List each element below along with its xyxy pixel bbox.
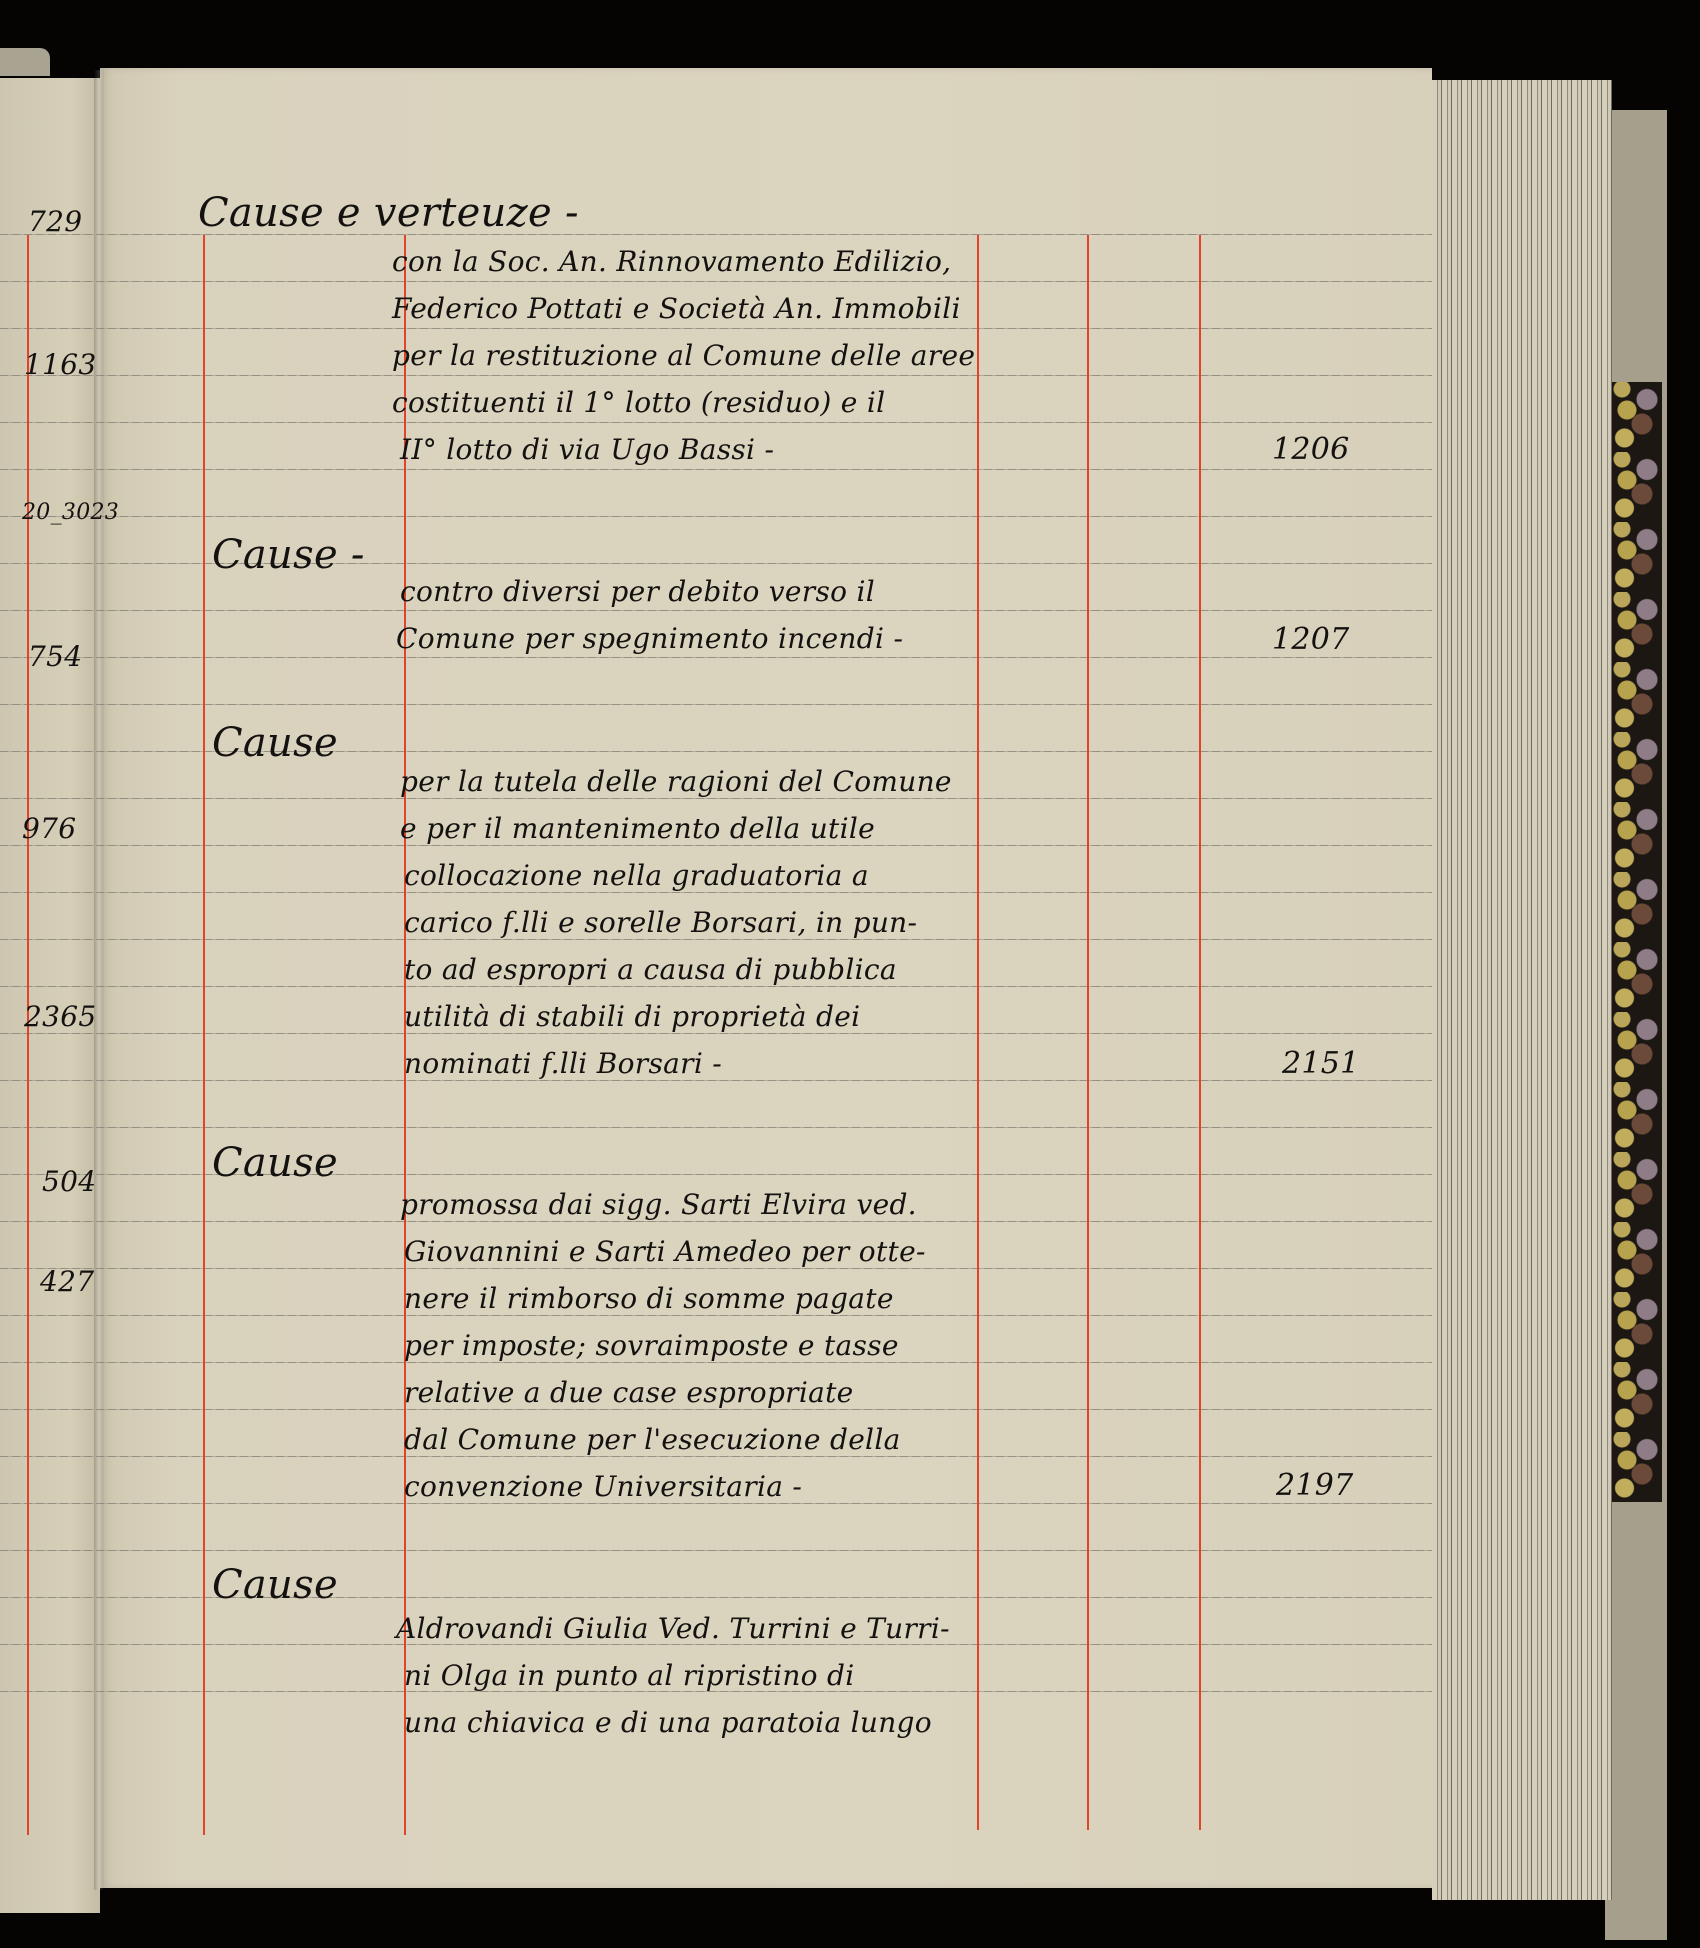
entry-line: carico f.lli e sorelle Borsari, in pun- bbox=[404, 906, 917, 939]
entry-line: II° lotto di via Ugo Bassi - bbox=[400, 433, 774, 466]
ruled-line bbox=[0, 939, 1432, 940]
ruled-line bbox=[0, 1127, 1432, 1128]
entry-heading: Cause - bbox=[212, 532, 365, 578]
ruled-line bbox=[0, 1033, 1432, 1034]
book-gutter bbox=[94, 70, 104, 1890]
ruled-line bbox=[0, 422, 1432, 423]
left-page-tab bbox=[0, 48, 50, 76]
ruled-line bbox=[0, 469, 1432, 470]
red-rule-desc-left bbox=[404, 235, 406, 1835]
ruled-line bbox=[0, 798, 1432, 799]
ruled-line bbox=[0, 1315, 1432, 1316]
red-rule-col-b bbox=[1199, 235, 1201, 1830]
entry-line: dal Comune per l'esecuzione della bbox=[404, 1423, 901, 1456]
entry-heading: Cause bbox=[212, 1562, 338, 1608]
entry-line: Aldrovandi Giulia Ved. Turrini e Turri- bbox=[396, 1612, 950, 1645]
margin-number: 754 bbox=[28, 640, 82, 673]
margin-number: 729 bbox=[28, 205, 82, 238]
ruled-line bbox=[0, 986, 1432, 987]
entry-line: utilità di stabili di proprietà dei bbox=[404, 1000, 860, 1033]
entry-line: collocazione nella graduatoria a bbox=[404, 859, 869, 892]
margin-number: 2365 bbox=[24, 1000, 96, 1033]
entry-line: costituenti il 1° lotto (residuo) e il bbox=[392, 386, 885, 419]
ruled-line bbox=[0, 1080, 1432, 1081]
margin-number: 1163 bbox=[24, 348, 96, 381]
entry-line: per la restituzione al Comune delle aree bbox=[392, 339, 975, 372]
ruled-line bbox=[0, 375, 1432, 376]
ruled-line bbox=[0, 610, 1432, 611]
entry-number: 1206 bbox=[1272, 432, 1350, 467]
ruled-line bbox=[0, 281, 1432, 282]
ruled-line bbox=[0, 845, 1432, 846]
entry-line: promossa dai sigg. Sarti Elvira ved. bbox=[400, 1188, 917, 1221]
margin-number: 427 bbox=[40, 1265, 94, 1298]
ruled-line bbox=[0, 657, 1432, 658]
entry-heading: Cause e verteuze - bbox=[198, 190, 579, 236]
ruled-line bbox=[0, 892, 1432, 893]
entry-number: 2151 bbox=[1282, 1046, 1360, 1081]
ruled-line bbox=[0, 1550, 1432, 1551]
page-edges-stack bbox=[1432, 80, 1612, 1900]
red-rule-heading-col bbox=[203, 235, 205, 1835]
margin-number: 20_3023 bbox=[22, 500, 119, 525]
ruled-line bbox=[0, 1268, 1432, 1269]
entry-line: convenzione Universitaria - bbox=[404, 1470, 802, 1503]
ruled-line bbox=[0, 1362, 1432, 1363]
entry-line: con la Soc. An. Rinnovamento Edilizio, bbox=[392, 245, 951, 278]
entry-line: una chiavica e di una paratoia lungo bbox=[404, 1706, 932, 1739]
entry-line: per la tutela delle ragioni del Comune bbox=[400, 765, 952, 798]
margin-number: 976 bbox=[22, 812, 76, 845]
entry-line: relative a due case espropriate bbox=[404, 1376, 854, 1409]
marbled-cover-edge bbox=[1612, 382, 1662, 1502]
entry-line: nere il rimborso di somme pagate bbox=[404, 1282, 894, 1315]
ruled-line bbox=[0, 1409, 1432, 1410]
ruled-line bbox=[0, 1221, 1432, 1222]
entry-line: Comune per spegnimento incendi - bbox=[396, 622, 903, 655]
ruled-line bbox=[0, 328, 1432, 329]
entry-line: ni Olga in punto al ripristino di bbox=[404, 1659, 855, 1692]
red-rule-col-a bbox=[1087, 235, 1089, 1830]
entry-number: 2197 bbox=[1276, 1468, 1354, 1503]
entry-line: per imposte; sovraimposte e tasse bbox=[404, 1329, 899, 1362]
entry-line: Giovannini e Sarti Amedeo per otte- bbox=[404, 1235, 926, 1268]
red-rule-desc-right bbox=[977, 235, 979, 1830]
entry-line: nominati f.lli Borsari - bbox=[404, 1047, 722, 1080]
entry-line: contro diversi per debito verso il bbox=[400, 575, 875, 608]
red-rule-left-page bbox=[27, 235, 29, 1835]
ruled-line bbox=[0, 704, 1432, 705]
entry-heading: Cause bbox=[212, 720, 338, 766]
entry-number: 1207 bbox=[1272, 622, 1350, 657]
entry-line: to ad espropri a causa di pubblica bbox=[404, 953, 897, 986]
entry-line: Federico Pottati e Società An. Immobili bbox=[392, 292, 961, 325]
margin-number: 504 bbox=[42, 1165, 96, 1198]
ruled-line bbox=[0, 1456, 1432, 1457]
ruled-line bbox=[0, 516, 1432, 517]
entry-heading: Cause bbox=[212, 1140, 338, 1186]
entry-line: e per il mantenimento della utile bbox=[400, 812, 875, 845]
ruled-line bbox=[0, 1503, 1432, 1504]
